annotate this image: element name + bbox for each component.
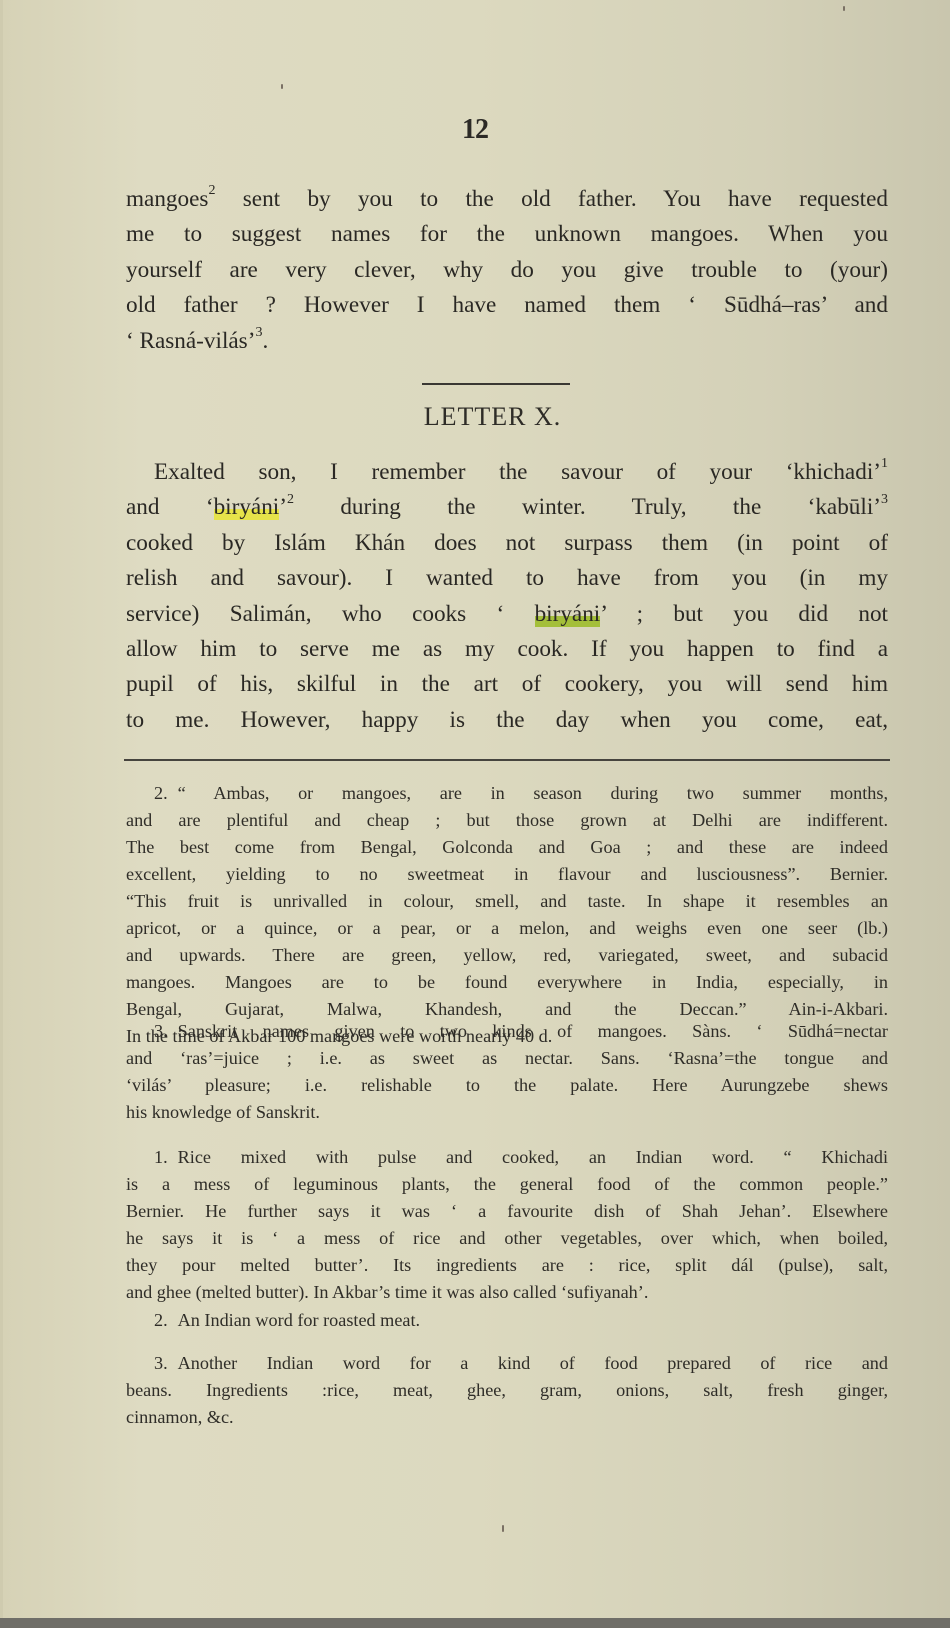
footnote-number: 3. (154, 1021, 168, 1041)
footnote-line: “This fruit is unrivalled in colour, sme… (126, 888, 888, 915)
text-line: to me. However, happy is the day when yo… (126, 703, 888, 738)
footnote-line: cinnamon, &c. (126, 1404, 888, 1431)
footnote: 2.An Indian word for roasted meat. (126, 1307, 888, 1348)
footnote-line: 2.An Indian word for roasted meat. (126, 1307, 888, 1334)
text-line: mangoes2 sent by you to the old father. … (126, 182, 888, 217)
highlighted-word[interactable]: biryáni (214, 494, 280, 520)
viewer-bottom-bar (0, 1618, 950, 1628)
text-line: service) Salimán, who cooks ‘ biryáni’ ;… (126, 597, 888, 632)
footnote-line: he says it is ‘ a mess of rice and other… (126, 1225, 888, 1252)
footnote-line: excellent, yielding to no sweetmeat in f… (126, 861, 888, 888)
text-line: allow him to serve me as my cook. If you… (126, 632, 888, 667)
continuation-paragraph: mangoes2 sent by you to the old father. … (126, 182, 888, 359)
footnote-number: 2. (154, 1310, 168, 1330)
scan-speck (502, 1525, 504, 1532)
page-number: 12 (0, 114, 950, 146)
footnote-line: is a mess of leguminous plants, the gene… (126, 1171, 888, 1198)
letter-paragraph: Exalted son, I remember the savour of yo… (126, 455, 888, 738)
footnote-ref[interactable]: 2 (287, 492, 294, 507)
text-line: yourself are very clever, why do you giv… (126, 253, 888, 288)
footnote-ref[interactable]: 2 (208, 183, 215, 198)
footnote-number: 3. (154, 1353, 168, 1373)
footnote-line: The best come from Bengal, Golconda and … (126, 834, 888, 861)
letter-heading: LETTER X. (0, 402, 950, 432)
footnote-line: 2.“ Ambas, or mangoes, are in season dur… (126, 780, 888, 807)
footnote-line: and upwards. There are green, yellow, re… (126, 942, 888, 969)
footnote-line: they pour melted butter’. Its ingredient… (126, 1252, 888, 1279)
text-line: old father ? However I have named them ‘… (126, 288, 888, 323)
footnote-number: 2. (154, 783, 168, 803)
text-line: ‘ Rasná-vilás’3. (126, 324, 888, 359)
footnote-line: and are plentiful and cheap ; but those … (126, 807, 888, 834)
text-line: relish and savour). I wanted to have fro… (126, 561, 888, 596)
book-page: 12 mangoes2 sent by you to the old fathe… (0, 0, 950, 1618)
footnote-line: apricot, or a quince, or a pear, or a me… (126, 915, 888, 942)
footnote-line: and ‘ras’=juice ; i.e. as sweet as necta… (126, 1045, 888, 1072)
page-edge (0, 0, 3, 1618)
footnote-line: beans. Ingredients :rice, meat, ghee, gr… (126, 1377, 888, 1404)
footnote-line: 3.Another Indian word for a kind of food… (126, 1350, 888, 1377)
footnote-line: 1.Rice mixed with pulse and cooked, an I… (126, 1144, 888, 1171)
text-line: cooked by Islám Khán does not surpass th… (126, 526, 888, 561)
footnote-line: 3.Sanskrit names given to two kinds of m… (126, 1018, 888, 1045)
footnote-number: 1. (154, 1147, 168, 1167)
highlighted-word[interactable]: biryáni (535, 601, 601, 627)
footnote-line: mangoes. Mangoes are to be found everywh… (126, 969, 888, 996)
scan-speck (281, 84, 283, 89)
footnote-line: his knowledge of Sanskrit. (126, 1099, 888, 1126)
text-line: me to suggest names for the unknown mang… (126, 217, 888, 252)
section-divider (422, 383, 570, 385)
scan-speck (843, 6, 845, 11)
footnote: 3.Sanskrit names given to two kinds of m… (126, 1018, 888, 1140)
footnote: 1.Rice mixed with pulse and cooked, an I… (126, 1144, 888, 1320)
footnote-separator (124, 759, 890, 761)
footnote-line: ‘vilás’ pleasure; i.e. relishable to the… (126, 1072, 888, 1099)
text-line: and ‘biryáni’2 during the winter. Truly,… (126, 490, 888, 525)
footnote: 3.Another Indian word for a kind of food… (126, 1350, 888, 1445)
footnote-line: Bernier. He further says it was ‘ a favo… (126, 1198, 888, 1225)
footnote-line: and ghee (melted butter). In Akbar’s tim… (126, 1279, 888, 1306)
text-line: pupil of his, skilful in the art of cook… (126, 667, 888, 702)
footnote-ref[interactable]: 1 (881, 456, 888, 471)
footnote-ref[interactable]: 3 (881, 492, 888, 507)
text-line: Exalted son, I remember the savour of yo… (126, 455, 888, 490)
footnote-ref[interactable]: 3 (255, 325, 262, 340)
